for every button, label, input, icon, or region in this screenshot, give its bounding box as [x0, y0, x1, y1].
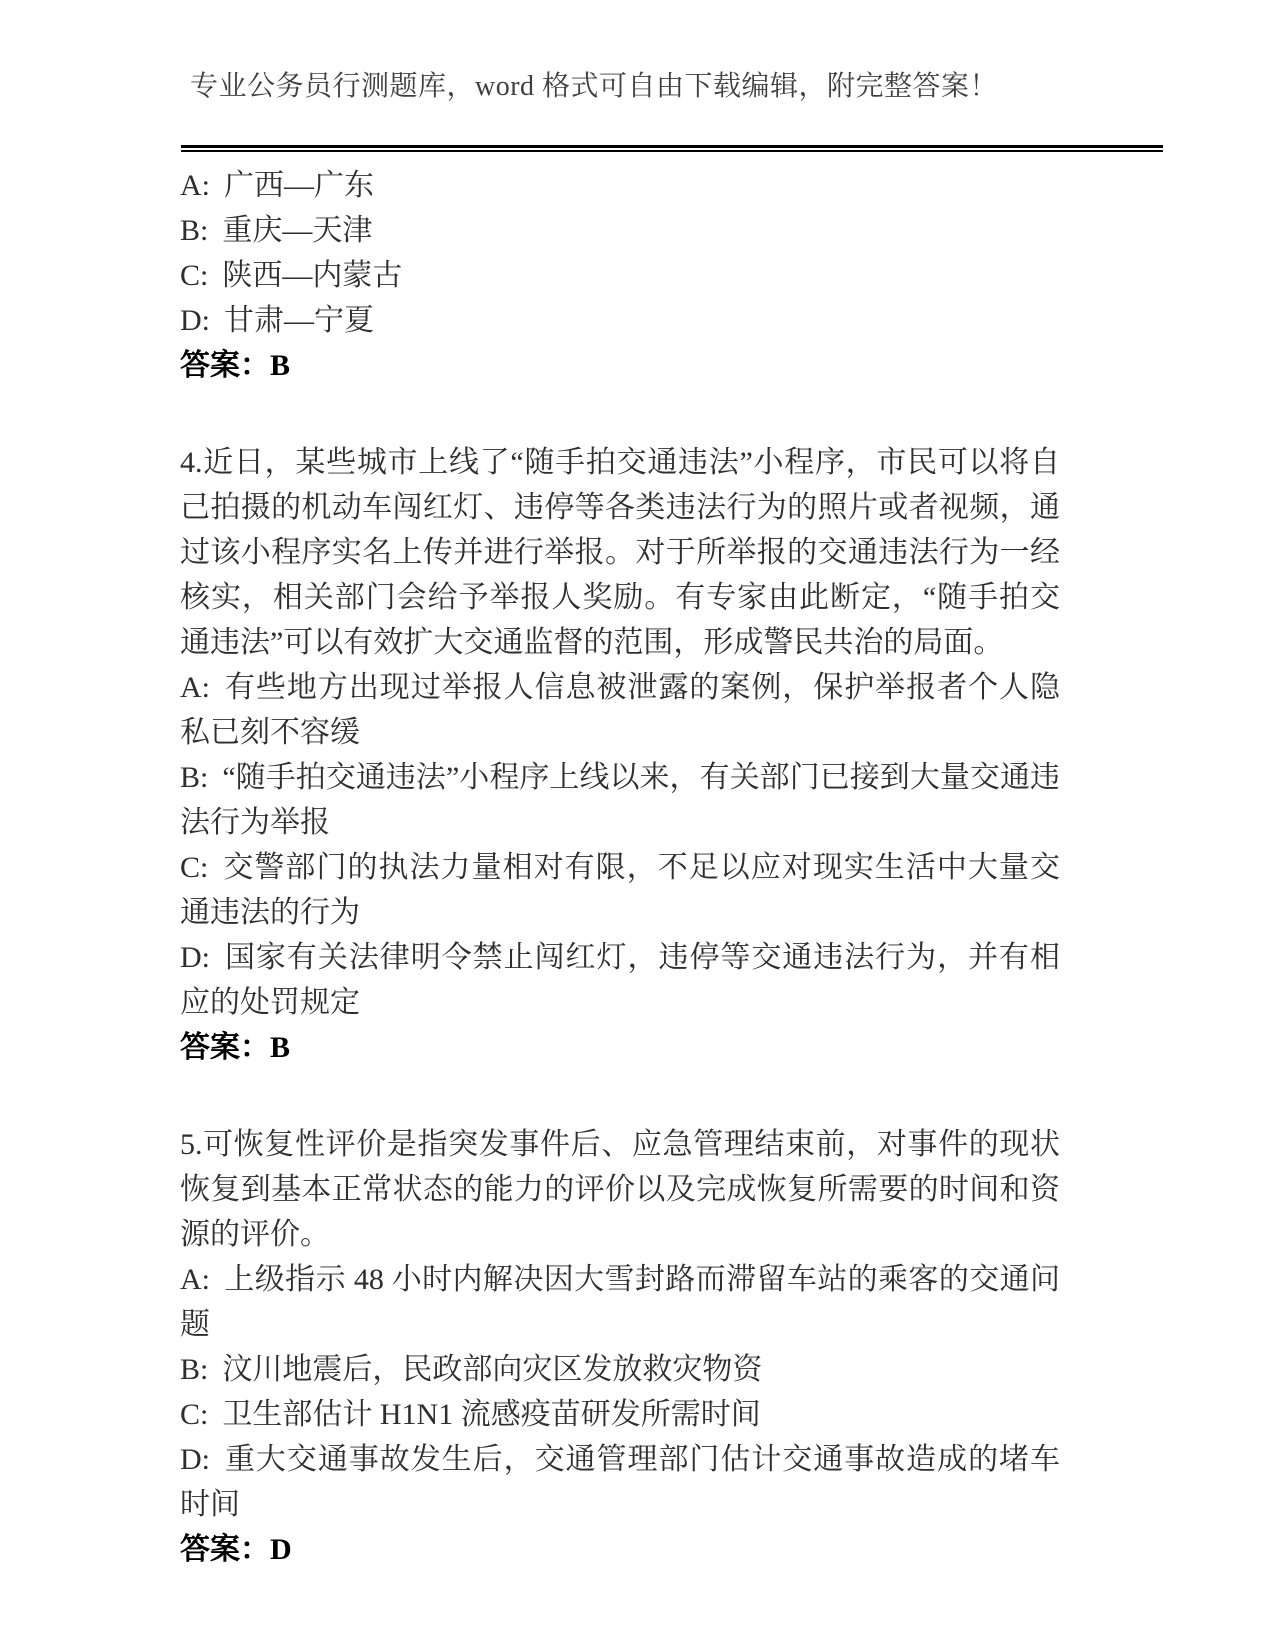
answer-prefix: 答案：: [180, 1533, 270, 1566]
option-line-c: C:卫生部估计 H1N1 流感疫苗研发所需时间: [180, 1392, 1060, 1437]
option-label: D:: [180, 941, 210, 974]
answer-prefix: 答案：: [180, 1031, 270, 1064]
option-line-a: A:广西—广东: [180, 163, 1060, 208]
option-text: 汶川地震后，民政部向灾区发放救灾物资: [222, 1353, 762, 1386]
option-label: D:: [180, 304, 210, 337]
option-text: 卫生部估计 H1N1 流感疫苗研发所需时间: [222, 1398, 760, 1431]
option-text: 上级指示 48 小时内解决因大雪封路而滞留车站的乘客的交通问题: [180, 1263, 1060, 1341]
answer-line: 答案：B: [180, 1025, 1060, 1070]
option-text: “随手拍交通违法”小程序上线以来，有关部门已接到大量交通违法行为举报: [180, 761, 1060, 839]
option-line-b: B:重庆—天津: [180, 208, 1060, 253]
option-text: 陕西—内蒙古: [222, 259, 402, 292]
option-label: C:: [180, 851, 208, 884]
answer-value: B: [270, 349, 290, 382]
option-label: C:: [180, 259, 208, 292]
option-label: B:: [180, 761, 208, 794]
option-line-c: C:陕西—内蒙古: [180, 253, 1060, 298]
option-text: 国家有关法律明令禁止闯红灯，违停等交通违法行为，并有相应的处罚规定: [180, 941, 1060, 1019]
question-block-4: 4.近日，某些城市上线了“随手拍交通违法”小程序，市民可以将自己拍摄的机动车闯红…: [180, 440, 1060, 1070]
option-text: 有些地方出现过举报人信息被泄露的案例，保护举报者个人隐私已刻不容缓: [180, 671, 1060, 749]
option-line-a: A:上级指示 48 小时内解决因大雪封路而滞留车站的乘客的交通问题: [180, 1257, 1060, 1347]
option-text: 甘肃—宁夏: [224, 304, 374, 337]
option-text: 重庆—天津: [222, 214, 372, 247]
option-label: D:: [180, 1443, 210, 1476]
option-label: A:: [180, 671, 210, 704]
option-text: 重大交通事故发生后，交通管理部门估计交通事故造成的堵车时间: [180, 1443, 1060, 1521]
option-line-c: C:交警部门的执法力量相对有限，不足以应对现实生活中大量交通违法的行为: [180, 845, 1060, 935]
answer-value: B: [270, 1031, 290, 1064]
option-line-d: D:甘肃—宁夏: [180, 298, 1060, 343]
question-block-3-partial: A:广西—广东 B:重庆—天津 C:陕西—内蒙古 D:甘肃—宁夏 答案：B: [180, 163, 1060, 388]
question-text: 4.近日，某些城市上线了“随手拍交通违法”小程序，市民可以将自己拍摄的机动车闯红…: [180, 440, 1060, 665]
option-line-d: D:国家有关法律明令禁止闯红灯，违停等交通违法行为，并有相应的处罚规定: [180, 935, 1060, 1025]
option-label: B:: [180, 1353, 208, 1386]
question-text: 5.可恢复性评价是指突发事件后、应急管理结束前，对事件的现状恢复到基本正常状态的…: [180, 1122, 1060, 1257]
option-line-b: B:汶川地震后，民政部向灾区发放救灾物资: [180, 1347, 1060, 1392]
header-title: 专业公务员行测题库，word 格式可自由下载编辑，附完整答案！: [190, 70, 1170, 104]
answer-prefix: 答案：: [180, 349, 270, 382]
option-text: 广西—广东: [224, 169, 374, 202]
option-label: B:: [180, 214, 208, 247]
document-page: 专业公务员行测题库，word 格式可自由下载编辑，附完整答案！ A:广西—广东 …: [0, 0, 1275, 1650]
option-label: A:: [180, 1263, 210, 1296]
option-label: A:: [180, 169, 210, 202]
answer-line: 答案：D: [180, 1527, 1060, 1572]
option-line-a: A:有些地方出现过举报人信息被泄露的案例，保护举报者个人隐私已刻不容缓: [180, 665, 1060, 755]
question-block-5: 5.可恢复性评价是指突发事件后、应急管理结束前，对事件的现状恢复到基本正常状态的…: [180, 1122, 1060, 1572]
option-label: C:: [180, 1398, 208, 1431]
answer-value: D: [270, 1533, 292, 1566]
document-body: A:广西—广东 B:重庆—天津 C:陕西—内蒙古 D:甘肃—宁夏 答案：B 4.…: [180, 163, 1060, 1572]
option-line-d: D:重大交通事故发生后，交通管理部门估计交通事故造成的堵车时间: [180, 1437, 1060, 1527]
option-text: 交警部门的执法力量相对有限，不足以应对现实生活中大量交通违法的行为: [180, 851, 1060, 929]
answer-line: 答案：B: [180, 343, 1060, 388]
header-divider: [181, 145, 1163, 152]
option-line-b: B:“随手拍交通违法”小程序上线以来，有关部门已接到大量交通违法行为举报: [180, 755, 1060, 845]
